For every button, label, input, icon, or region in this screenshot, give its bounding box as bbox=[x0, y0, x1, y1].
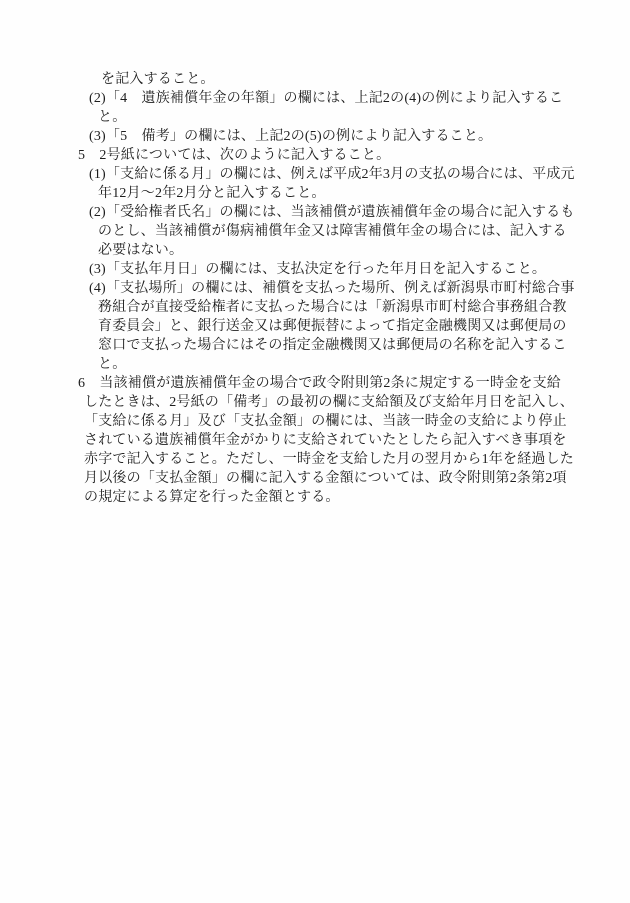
text-line: と。 bbox=[0, 108, 630, 127]
instructions-text-block: を記入すること。 (2)「4 遺族補償年金の年額」の欄には、上記2の(4)の例に… bbox=[0, 70, 630, 507]
text-line: 窓口で支払った場合にはその指定金融機関又は郵便局の名称を記入するこ bbox=[0, 336, 630, 355]
text-line: (3)「支払年月日」の欄には、支払決定を行った年月日を記入すること。 bbox=[0, 260, 630, 279]
text-line: (1)「支給に係る月」の欄には、例えば平成2年3月の支払の場合には、平成元 bbox=[0, 165, 630, 184]
text-line: 必要はない。 bbox=[0, 241, 630, 260]
text-line: のとし、当該補償が傷病補償年金又は障害補償年金の場合には、記入する bbox=[0, 222, 630, 241]
text-line: 5 2号紙については、次のように記入すること。 bbox=[0, 146, 630, 165]
text-line: 「支給に係る月」及び「支払金額」の欄には、当該一時金の支給により停止 bbox=[0, 412, 630, 431]
text-line: されている遺族補償年金がかりに支給されていたとしたら記入すべき事項を bbox=[0, 431, 630, 450]
text-line: (3)「5 備考」の欄には、上記2の(5)の例により記入すること。 bbox=[0, 127, 630, 146]
text-line: したときは、2号紙の「備考」の最初の欄に支給額及び支給年月日を記入し、 bbox=[0, 393, 630, 412]
text-line: 赤字で記入すること。ただし、一時金を支給した月の翌月から1年を経過した bbox=[0, 450, 630, 469]
text-line: 6 当該補償が遺族補償年金の場合で政令附則第2条に規定する一時金を支給 bbox=[0, 374, 630, 393]
document-page: を記入すること。 (2)「4 遺族補償年金の年額」の欄には、上記2の(4)の例に… bbox=[0, 0, 630, 903]
text-line: 育委員会」と、銀行送金又は郵便振替によって指定金融機関又は郵便局の bbox=[0, 317, 630, 336]
text-line: 務組合が直接受給権者に支払った場合には「新潟県市町村総合事務組合教 bbox=[0, 298, 630, 317]
text-line: 月以後の「支払金額」の欄に記入する金額については、政令附則第2条第2項 bbox=[0, 469, 630, 488]
text-line: (2)「受給権者氏名」の欄には、当該補償が遺族補償年金の場合に記入するも bbox=[0, 203, 630, 222]
text-line: と。 bbox=[0, 355, 630, 374]
text-line: を記入すること。 bbox=[0, 70, 630, 89]
text-line: の規定による算定を行った金額とする。 bbox=[0, 488, 630, 507]
text-line: (2)「4 遺族補償年金の年額」の欄には、上記2の(4)の例により記入するこ bbox=[0, 89, 630, 108]
text-line: (4)「支払場所」の欄には、補償を支払った場所、例えば新潟県市町村総合事 bbox=[0, 279, 630, 298]
text-line: 年12月～2年2月分と記入すること。 bbox=[0, 184, 630, 203]
